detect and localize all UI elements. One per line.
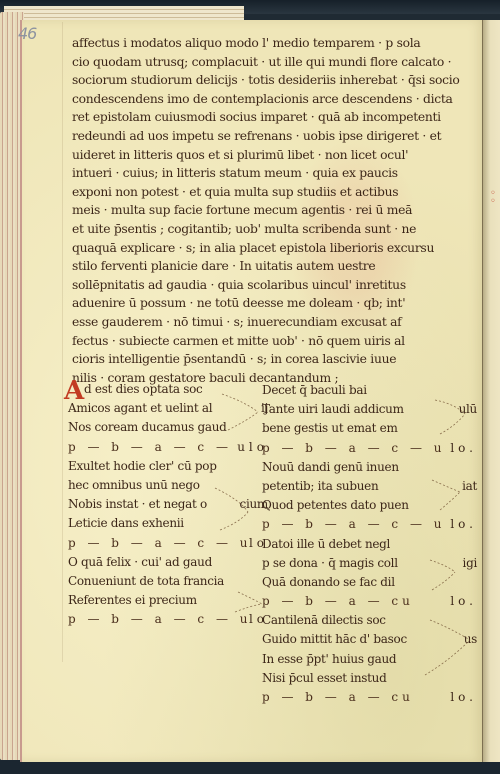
rhyme-tie-lines [0, 0, 500, 774]
